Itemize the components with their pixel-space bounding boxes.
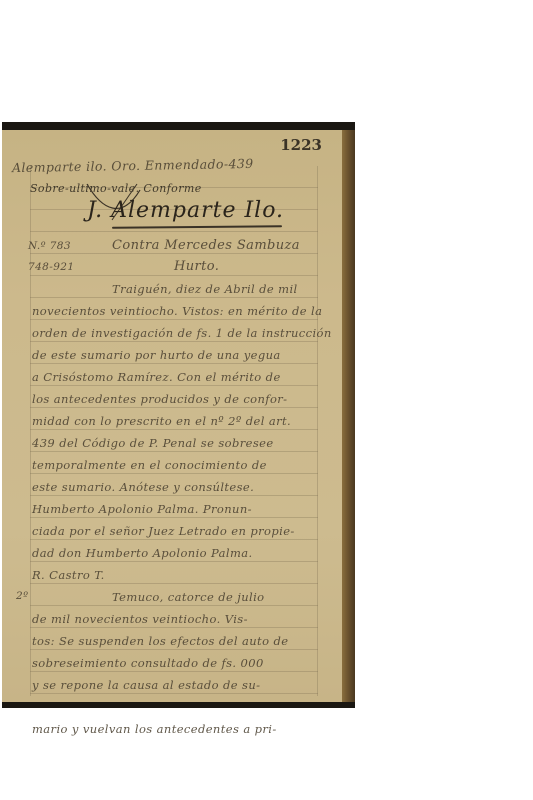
text-line: midad con lo prescrito en el nº 2º del a… [32,414,291,428]
text-line: los antecedentes producidos y de confor- [32,392,287,406]
text-line: tos: Se suspenden los efectos del auto d… [32,634,288,648]
ledger-page: 1223 Alemparte ilo. Oro. Enmendado-439 S… [2,130,342,702]
text-line: este sumario. Anótese y consúltese. [32,480,254,494]
text-line: Humberto Apolonio Palma. Pronun- [32,502,252,516]
page-number: 1223 [280,136,322,154]
text-line: 439 del Código de P. Penal se sobresee [32,436,274,450]
text-line: de mil novecientos veintiocho. Vis- [32,612,248,626]
case-title: Contra Mercedes Sambuza [112,238,300,253]
text-line: dad don Humberto Apolonio Palma. [32,546,253,560]
case-subtitle: Hurto. [174,259,219,274]
text-line: mario y vuelvan los antecedentes a pri- [32,722,277,736]
text-line: Traiguén, diez de Abril de mil [112,282,298,296]
text-line: Temuco, catorce de julio [112,590,265,604]
entry-number: 2º [16,590,28,602]
text-line: R. Castro T. [32,568,105,582]
text-line: a Crisóstomo Ramírez. Con el mérito de [32,370,281,384]
text-line: sobreseimiento consultado de fs. 000 [32,656,264,670]
text-line: ciada por el señor Juez Letrado en propi… [32,524,295,538]
text-line: temporalmente en el conocimiento de [32,458,267,472]
case-number: N.º 783 [28,240,71,252]
text-line: y se repone la causa al estado de su- [32,678,260,692]
text-line: novecientos veintiocho. Vistos: en mérit… [32,304,322,318]
signature: J. Alemparte Ilo. [87,198,284,223]
text-line: orden de investigación de fs. 1 de la in… [32,326,332,340]
text-line: de este sumario por hurto de una yegua [32,348,281,362]
ledger-photo: 1223 Alemparte ilo. Oro. Enmendado-439 S… [2,122,355,708]
reference-number: 748-921 [28,261,74,273]
page-edge [342,130,355,702]
